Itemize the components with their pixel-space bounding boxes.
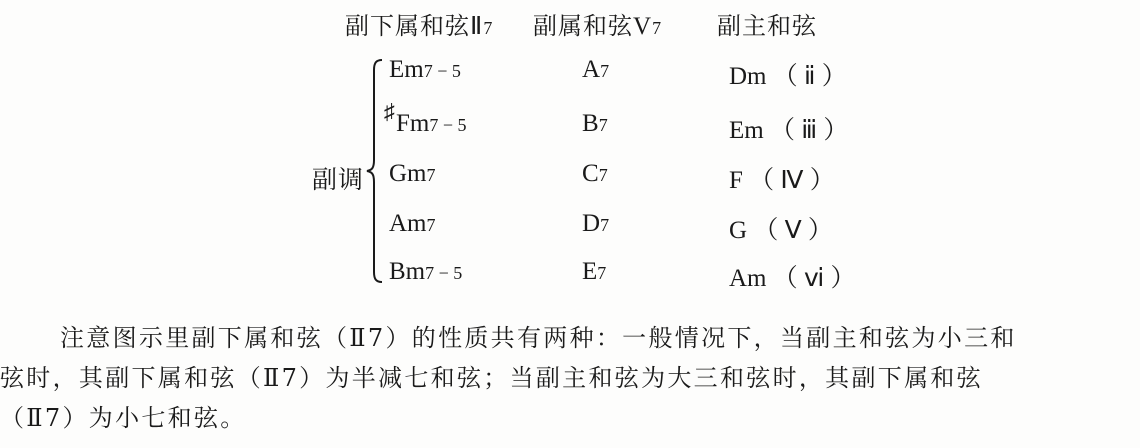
tonic-chord: Dm （ ⅱ ） [729, 56, 847, 92]
roman-numeral: （ ⅱ ） [773, 63, 847, 90]
tonic-chord: G （ Ⅴ ） [729, 210, 833, 246]
roman-numeral: V [633, 13, 652, 40]
chord-root: B [582, 110, 599, 137]
v7-chord: D7 [582, 210, 609, 238]
roman-numeral: （ ⅵ ） [773, 265, 856, 292]
chord-quality: 7 − 5 [425, 263, 462, 283]
roman-numeral: Ⅱ [470, 13, 483, 40]
chord-quality: 7 [427, 165, 436, 185]
ii7-chord: Gm7 [388, 160, 436, 188]
header-secondary-subdominant: 副下属和弦Ⅱ7 [345, 6, 493, 41]
chord-quality: 7 [599, 115, 608, 135]
chord-quality: 7 − 5 [424, 61, 461, 81]
chord-quality: 7 [600, 215, 609, 235]
chord-quality: 7 [427, 215, 436, 235]
paragraph-line: （Ⅱ7）为小七和弦。 [0, 398, 1140, 438]
ii7-chord: Em7 − 5 [388, 56, 461, 84]
header-secondary-tonic: 副主和弦 [717, 6, 817, 41]
chord-quality: 7 − 5 [429, 115, 466, 135]
chord-quality: 7 [599, 165, 608, 185]
tonic-chord: F （ Ⅳ ） [729, 160, 835, 196]
chord-quality: 7 [600, 61, 609, 81]
chord-name: F [729, 167, 743, 194]
chord-root: Em [389, 56, 424, 83]
header-label: 副属和弦 [533, 12, 633, 40]
chord-row: Em7 − 5 A7 Dm （ ⅱ ） [0, 56, 1140, 92]
chord-root: A [582, 56, 600, 83]
header-secondary-dominant: 副属和弦V7 [533, 6, 662, 41]
header-label: 副主和弦 [717, 12, 817, 40]
chord-row: Bm7 − 5 E7 Am （ ⅵ ） [0, 258, 1140, 294]
chord-name: Em [729, 117, 764, 144]
roman-numeral: （ Ⅴ ） [753, 217, 833, 244]
v7-chord: C7 [582, 160, 608, 188]
chord-root: C [582, 160, 599, 187]
chord-root: Bm [389, 258, 425, 285]
chord-root: Gm [389, 160, 427, 187]
chord-root: E [582, 258, 597, 285]
explanation-paragraph: 注意图示里副下属和弦（Ⅱ7）的性质共有两种：一般情况下，当副主和弦为小三和 弦时… [0, 318, 1140, 438]
roman-numeral: （ Ⅳ ） [749, 167, 835, 194]
header-label: 副下属和弦 [345, 12, 470, 40]
chord-root: D [582, 210, 600, 237]
paragraph-line: 注意图示里副下属和弦（Ⅱ7）的性质共有两种：一般情况下，当副主和弦为小三和 [0, 318, 1140, 358]
chord-root: Am [389, 210, 427, 237]
chord-row: Am7 D7 G （ Ⅴ ） [0, 210, 1140, 246]
chord-row: ♯Fm7 − 5 B7 Em （ ⅲ ） [0, 110, 1140, 146]
seventh-mark: 7 [652, 18, 662, 38]
chord-row: Gm7 C7 F （ Ⅳ ） [0, 160, 1140, 196]
paragraph-line: 弦时，其副下属和弦（Ⅱ7）为半减七和弦；当副主和弦为大三和弦时，其副下属和弦 [0, 358, 1140, 398]
roman-numeral: （ ⅲ ） [770, 117, 848, 144]
ii7-chord: ♯Fm7 − 5 [384, 110, 467, 138]
chord-root: Fm [396, 110, 429, 137]
v7-chord: E7 [582, 258, 606, 286]
tonic-chord: Em （ ⅲ ） [729, 110, 848, 146]
sharp-icon: ♯ [384, 99, 395, 124]
chord-name: G [729, 217, 747, 244]
tonic-chord: Am （ ⅵ ） [729, 258, 856, 294]
chord-name: Dm [729, 63, 767, 90]
v7-chord: A7 [582, 56, 609, 84]
v7-chord: B7 [582, 110, 608, 138]
chord-quality: 7 [597, 263, 606, 283]
ii7-chord: Bm7 − 5 [388, 258, 462, 286]
seventh-mark: 7 [483, 18, 493, 38]
ii7-chord: Am7 [388, 210, 436, 238]
chord-name: Am [729, 265, 767, 292]
